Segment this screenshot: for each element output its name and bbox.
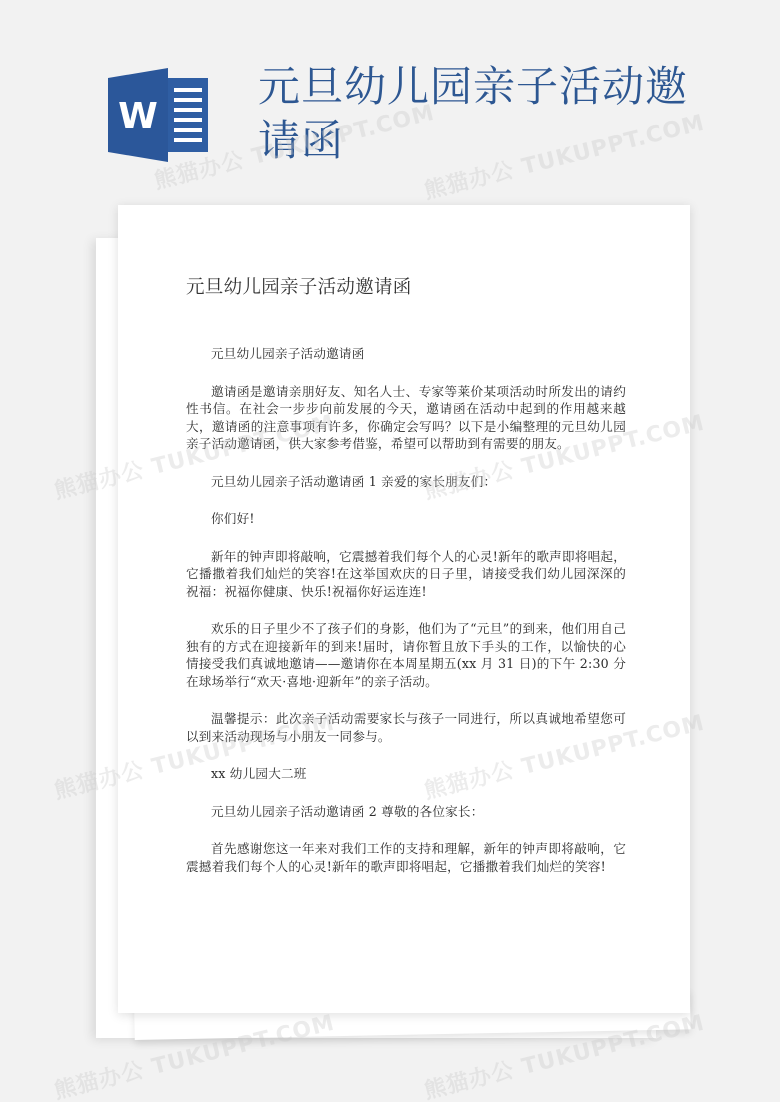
document-page: 元旦幼儿园亲子活动邀请函 元旦幼儿园亲子活动邀请函 邀请函是邀请亲朋好友、知名人… xyxy=(118,205,690,1013)
doc-paragraph: 元旦幼儿园亲子活动邀请函 xyxy=(186,345,626,363)
doc-paragraph: 元旦幼儿园亲子活动邀请函 1 亲爱的家长朋友们： xyxy=(186,473,626,491)
doc-paragraph: 欢乐的日子里少不了孩子们的身影，他们为了“元旦”的到来，他们用自己独有的方式在迎… xyxy=(186,620,626,690)
doc-paragraph: 首先感谢您这一年来对我们工作的支持和理解，新年的钟声即将敲响，它震撼着我们每个人… xyxy=(186,840,626,875)
doc-paragraph: 元旦幼儿园亲子活动邀请函 2 尊敬的各位家长： xyxy=(186,803,626,821)
doc-paragraph: 邀请函是邀请亲朋好友、知名人士、专家等莱价某项活动时所发出的请约性书信。在社会一… xyxy=(186,383,626,453)
preview-header: W 元旦幼儿园亲子活动邀请函 xyxy=(0,0,780,200)
document-title: 元旦幼儿园亲子活动邀请函 xyxy=(186,273,412,299)
doc-paragraph: xx 幼儿园大二班 xyxy=(186,765,626,783)
doc-paragraph: 温馨提示：此次亲子活动需要家长与孩子一同进行，所以真诚地希望您可以到来活动现场与… xyxy=(186,710,626,745)
doc-paragraph: 你们好! xyxy=(186,510,626,528)
doc-paragraph: 新年的钟声即将敲响，它震撼着我们每个人的心灵!新年的歌声即将唱起，它播撒着我们灿… xyxy=(186,548,626,601)
document-body: 元旦幼儿园亲子活动邀请函 邀请函是邀请亲朋好友、知名人士、专家等莱价某项活动时所… xyxy=(186,345,626,895)
page-title: 元旦幼儿园亲子活动邀请函 xyxy=(258,60,688,168)
svg-text:W: W xyxy=(118,96,158,137)
word-document-icon: W xyxy=(108,68,210,162)
